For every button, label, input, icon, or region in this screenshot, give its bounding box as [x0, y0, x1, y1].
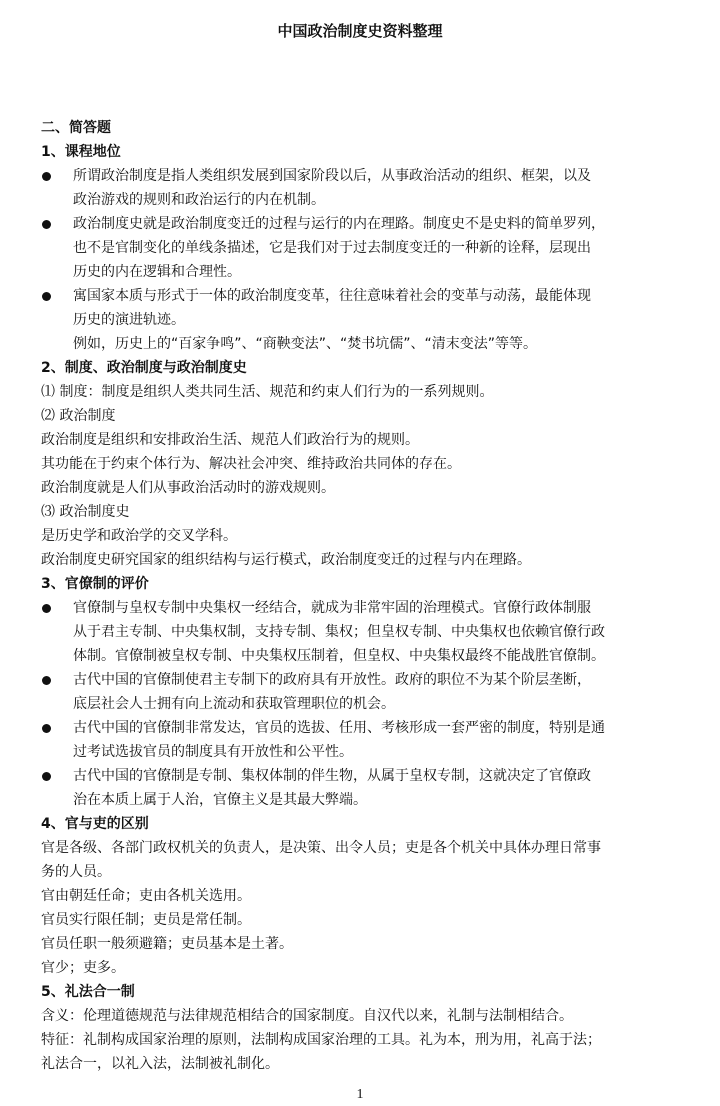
bullet-text: 也不是官制变化的单线条描述，它是我们对于过去制度变迁的一种新的诠释，层现出	[73, 236, 681, 260]
bullet-item: 所谓政治制度是指人类组织发展到国家阶段以后，从事政治活动的组织、框架，以及 政治…	[41, 164, 681, 212]
bullet-text: 历史的演进轨迹。	[73, 308, 681, 332]
paragraph-line: ⑶ 政治制度史	[41, 500, 681, 524]
topic-heading-3: 3、官僚制的评价	[41, 572, 681, 596]
bullet-icon	[42, 164, 52, 188]
paragraph-line: 其功能在于约束个体行为、解决社会冲突、维持政治共同体的存在。	[41, 452, 681, 476]
bullet-text: 治在本质上属于人治，官僚主义是其最大弊端。	[73, 788, 681, 812]
paragraph-line: 含义：伦理道德规范与法律规范相结合的国家制度。自汉代以来，礼制与法制相结合。	[41, 1004, 681, 1028]
bullet-text: 古代中国的官僚制是专制、集权体制的伴生物，从属于皇权专制，这就决定了官僚政	[73, 764, 681, 788]
paragraph-line: 政治制度史研究国家的组织结构与运行模式，政治制度变迁的过程与内在理路。	[41, 548, 681, 572]
bullet-text: 政治游戏的规则和政治运行的内在机制。	[73, 188, 681, 212]
bullet-text: 古代中国的官僚制使君主专制下的政府具有开放性。政府的职位不为某个阶层垄断，	[73, 668, 681, 692]
bullet-text: 政治制度史就是政治制度变迁的过程与运行的内在理路。制度史不是史料的简单罗列，	[73, 212, 681, 236]
bullet-icon	[42, 716, 52, 740]
document-page: 中国政治制度史资料整理 二、简答题 1、课程地位 所谓政治制度是指人类组织发展到…	[0, 0, 720, 1106]
bullet-text: 所谓政治制度是指人类组织发展到国家阶段以后，从事政治活动的组织、框架，以及	[73, 164, 681, 188]
document-title: 中国政治制度史资料整理	[0, 20, 720, 41]
paragraph-line: 官员实行限任制；吏员是常任制。	[41, 908, 681, 932]
bullet-text: 过考试选拔官员的制度具有开放性和公平性。	[73, 740, 681, 764]
paragraph-line: 礼法合一，以礼入法，法制被礼制化。	[41, 1052, 681, 1076]
bullet-item: 寓国家本质与形式于一体的政治制度变革，往往意味着社会的变革与动荡，最能体现 历史…	[41, 284, 681, 356]
bullet-text: 底层社会人士拥有向上流动和获取管理职位的机会。	[73, 692, 681, 716]
paragraph-line: 政治制度是组织和安排政治生活、规范人们政治行为的规则。	[41, 428, 681, 452]
paragraph-line: 务的人员。	[41, 860, 681, 884]
paragraph-line: 特征：礼制构成国家治理的原则，法制构成国家治理的工具。礼为本，刑为用，礼高于法；	[41, 1028, 681, 1052]
bullet-icon	[42, 212, 52, 236]
paragraph-line: ⑵ 政治制度	[41, 404, 681, 428]
bullet-icon	[42, 668, 52, 692]
paragraph-line: 官由朝廷任命；吏由各机关选用。	[41, 884, 681, 908]
bullet-text: 体制。官僚制被皇权专制、中央集权压制着，但皇权、中央集权最终不能战胜官僚制。	[73, 644, 681, 668]
paragraph-line: 官少；吏多。	[41, 956, 681, 980]
bullet-icon	[42, 596, 52, 620]
bullet-item: 古代中国的官僚制是专制、集权体制的伴生物，从属于皇权专制，这就决定了官僚政 治在…	[41, 764, 681, 812]
document-body: 二、简答题 1、课程地位 所谓政治制度是指人类组织发展到国家阶段以后，从事政治活…	[41, 116, 681, 1076]
topic-heading-4: 4、官与吏的区别	[41, 812, 681, 836]
bullet-text: 从于君主专制、中央集权制，支持专制、集权；但皇权专制、中央集权也依赖官僚行政	[73, 620, 681, 644]
bullet-item: 古代中国的官僚制非常发达，官员的选拔、任用、考核形成一套严密的制度，特别是通 过…	[41, 716, 681, 764]
bullet-item: 古代中国的官僚制使君主专制下的政府具有开放性。政府的职位不为某个阶层垄断， 底层…	[41, 668, 681, 716]
paragraph-line: 官是各级、各部门政权机关的负责人，是决策、出令人员；吏是各个机关中具体办理日常事	[41, 836, 681, 860]
section-heading: 二、简答题	[41, 116, 681, 140]
bullet-text: 例如，历史上的“百家争鸣”、“商鞅变法”、“焚书坑儒”、“清末变法”等等。	[73, 332, 681, 356]
bullet-icon	[42, 284, 52, 308]
bullet-text: 寓国家本质与形式于一体的政治制度变革，往往意味着社会的变革与动荡，最能体现	[73, 284, 681, 308]
paragraph-line: 是历史学和政治学的交叉学科。	[41, 524, 681, 548]
bullet-icon	[42, 764, 52, 788]
topic-heading-2: 2、制度、政治制度与政治制度史	[41, 356, 681, 380]
bullet-item: 官僚制与皇权专制中央集权一经结合，就成为非常牢固的治理模式。官僚行政体制服 从于…	[41, 596, 681, 668]
topic-heading-5: 5、礼法合一制	[41, 980, 681, 1004]
paragraph-line: 政治制度就是人们从事政治活动时的游戏规则。	[41, 476, 681, 500]
paragraph-line: 官员任职一般须避籍；吏员基本是土著。	[41, 932, 681, 956]
page-number: 1	[0, 1087, 720, 1103]
paragraph-line: ⑴ 制度：制度是组织人类共同生活、规范和约束人们行为的一系列规则。	[41, 380, 681, 404]
topic-heading-1: 1、课程地位	[41, 140, 681, 164]
bullet-text: 古代中国的官僚制非常发达，官员的选拔、任用、考核形成一套严密的制度，特别是通	[73, 716, 681, 740]
bullet-text: 官僚制与皇权专制中央集权一经结合，就成为非常牢固的治理模式。官僚行政体制服	[73, 596, 681, 620]
bullet-item: 政治制度史就是政治制度变迁的过程与运行的内在理路。制度史不是史料的简单罗列， 也…	[41, 212, 681, 284]
bullet-text: 历史的内在逻辑和合理性。	[73, 260, 681, 284]
